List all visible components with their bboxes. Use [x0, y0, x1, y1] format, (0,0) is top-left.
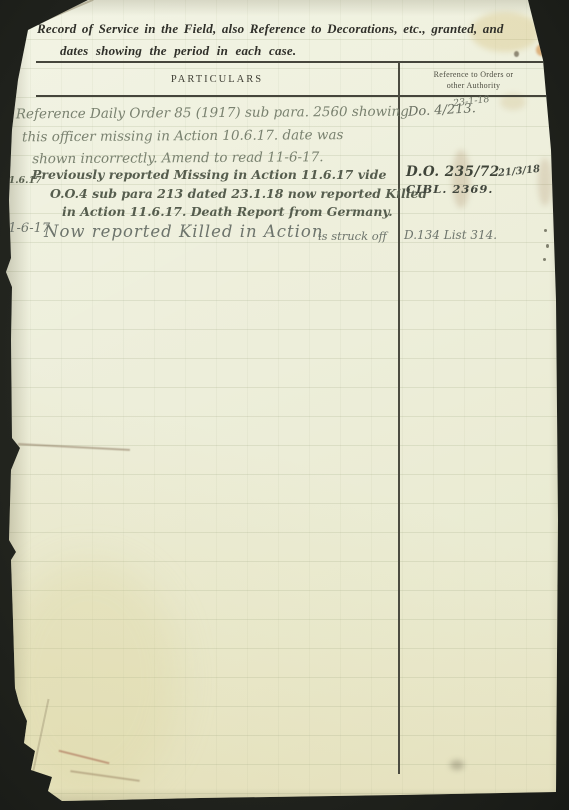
column-header-reference-line1: Reference to Orders or: [404, 69, 543, 80]
entry-3-margin-date: 11-6-17: [0, 221, 50, 236]
handwritten-entry-1: Reference Daily Order 85 (1917) sub para…: [16, 101, 409, 171]
stain: [538, 158, 552, 206]
entry-3-tail: D.134 List 314.: [404, 228, 497, 242]
crease-line: [59, 750, 110, 765]
entry-3-mid: is struck off: [318, 229, 387, 243]
form-title-line2: dates showing the period in each case.: [60, 43, 296, 59]
entry-2-line-3: in Action 11.6.17. Death Report from Ger…: [32, 203, 427, 222]
stain: [514, 51, 519, 57]
stain: [536, 44, 548, 56]
entry-2-line-1: Previously reported Missing in Action 11…: [32, 166, 427, 185]
reference-1-ref: Do. 4/213.: [408, 101, 477, 120]
reference-2-date: 21/3/18: [498, 164, 541, 179]
document-page: Record of Service in the Field, also Ref…: [0, 0, 569, 810]
handwritten-entry-2: Previously reported Missing in Action 11…: [32, 166, 427, 222]
form-title-line1: Record of Service in the Field, also Ref…: [37, 21, 504, 37]
ink-dot: [546, 244, 549, 248]
reference-2-ref: D.O. 235/72: [406, 164, 500, 180]
title-underline: [36, 61, 547, 63]
ink-dot: [544, 229, 547, 232]
tear-line: [18, 443, 130, 451]
stain: [0, 560, 180, 800]
photo-background: Record of Service in the Field, also Ref…: [0, 0, 569, 810]
reference-3-ref: CIBL. 2369.: [406, 182, 493, 196]
column-header-reference-line2: other Authority: [404, 80, 543, 91]
column-header-reference: Reference to Orders or other Authority: [404, 69, 543, 91]
entry-2-line-2: O.O.4 sub para 213 dated 23.1.18 now rep…: [32, 185, 427, 204]
ink-dot: [543, 258, 546, 261]
entry-1-line-2: this officer missing in Action 10.6.17. …: [16, 123, 409, 148]
column-header-particulars: PARTICULARS: [36, 74, 398, 85]
entry-1-line-1: Reference Daily Order 85 (1917) sub para…: [16, 101, 409, 126]
crease-line: [70, 770, 140, 782]
entry-3-main: Now reported Killed in Action: [44, 222, 323, 241]
stain: [450, 760, 464, 770]
crease-line: [28, 699, 49, 789]
